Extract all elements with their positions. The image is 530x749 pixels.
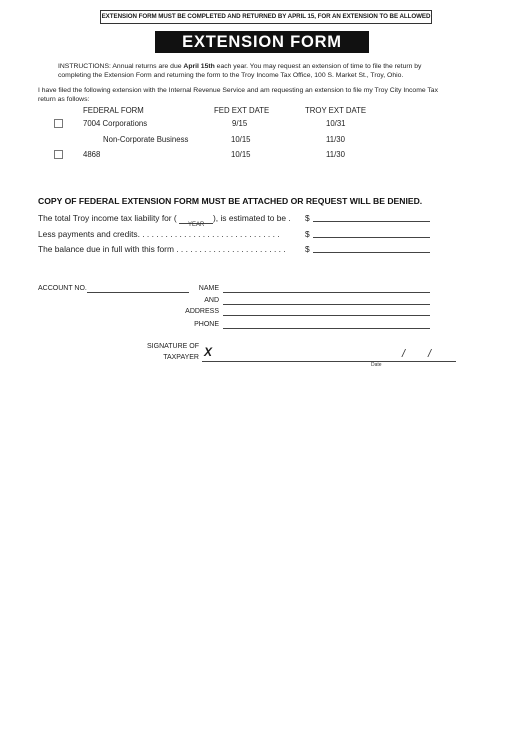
liability-line-1-suffix: ), is estimated to be . <box>213 213 291 223</box>
instructions: INSTRUCTIONS: Annual returns are due Apr… <box>58 62 438 80</box>
signature-field[interactable] <box>202 361 456 362</box>
and-label: AND <box>159 297 219 304</box>
estimated-liability-field[interactable] <box>313 221 430 222</box>
year-label: YEAR <box>188 222 204 228</box>
row-form-4868: 4868 <box>83 150 100 159</box>
form-title: EXTENSION FORM <box>155 31 369 53</box>
row-form-non-corporate: Non-Corporate Business <box>103 135 188 144</box>
payments-credits-label: Less payments and credits. . . . . . . .… <box>38 229 280 239</box>
currency-sign-3: $ <box>305 244 310 254</box>
header-fed-ext-date: FED EXT DATE <box>214 106 269 115</box>
name-label: NAME <box>159 285 219 292</box>
address-label: ADDRESS <box>159 308 219 315</box>
instructions-due-date: April 15th <box>183 63 214 70</box>
filed-statement: I have filed the following extension wit… <box>38 86 438 104</box>
address-field[interactable] <box>223 315 430 316</box>
phone-field[interactable] <box>223 328 430 329</box>
header-troy-ext-date: TROY EXT DATE <box>305 106 366 115</box>
name-field[interactable] <box>223 292 430 293</box>
row-form-7004: 7004 Corporations <box>83 119 147 128</box>
currency-sign-2: $ <box>305 229 310 239</box>
attachment-warning: COPY OF FEDERAL EXTENSION FORM MUST BE A… <box>38 196 422 206</box>
row-fed-date-non-corporate: 10/15 <box>231 135 251 144</box>
date-label: Date <box>371 362 382 368</box>
checkbox-4868[interactable] <box>54 150 63 159</box>
deadline-notice: EXTENSION FORM MUST BE COMPLETED AND RET… <box>100 10 432 24</box>
row-troy-date-7004: 10/31 <box>326 119 346 128</box>
signature-label-1: SIGNATURE OF <box>130 343 199 350</box>
row-fed-date-4868: 10/15 <box>231 150 251 159</box>
instructions-prefix: INSTRUCTIONS: Annual returns are due <box>58 63 183 70</box>
row-fed-date-7004: 9/15 <box>232 119 247 128</box>
signature-label-2: TAXPAYER <box>130 354 199 361</box>
row-troy-date-non-corporate: 11/30 <box>326 135 345 144</box>
payments-credits-field[interactable] <box>313 237 430 238</box>
row-troy-date-4868: 11/30 <box>326 150 345 159</box>
signature-x-mark: X <box>204 345 212 359</box>
name-and-field[interactable] <box>223 304 430 305</box>
account-number-field[interactable] <box>87 292 189 293</box>
liability-line-1-prefix: The total Troy income tax liability for … <box>38 213 177 223</box>
balance-due-label: The balance due in full with this form .… <box>38 244 286 254</box>
date-separator-2: / <box>428 348 431 360</box>
currency-sign-1: $ <box>305 213 310 223</box>
checkbox-7004[interactable] <box>54 119 63 128</box>
account-number-label: ACCOUNT NO. <box>38 285 87 292</box>
date-separator-1: / <box>402 348 405 360</box>
balance-due-field[interactable] <box>313 252 430 253</box>
phone-label: PHONE <box>159 321 219 328</box>
header-federal-form: FEDERAL FORM <box>83 106 144 115</box>
